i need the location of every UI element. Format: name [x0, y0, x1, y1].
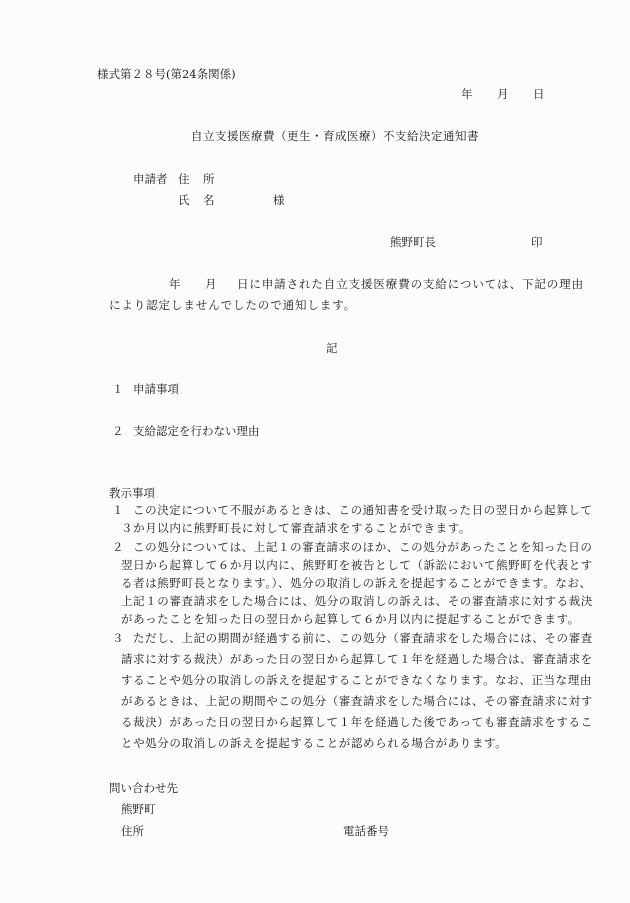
body-year-label: 年: [169, 277, 181, 291]
entry-line: る者は熊野町長となります。）、処分の取消しの訴えを提起することができます。なお、: [121, 576, 592, 590]
date-month-label: 月: [497, 87, 509, 101]
item-number: ２: [112, 424, 124, 438]
entry-line: この処分については、上記１の審査請求のほか、この処分があったことを知った日の: [133, 540, 592, 554]
contact-phone-label: 電話番号: [343, 824, 389, 838]
contact-heading: 問い合わせ先: [109, 781, 178, 795]
entry-line: 請求に対する裁決）があった日の翌日から起算して１年を経過した場合は、審査請求を: [121, 652, 593, 666]
contact-address-label: 住所: [121, 824, 144, 838]
date-day-label: 日: [533, 87, 545, 101]
body-line-2: により認定しませんでしたので通知します。: [109, 298, 356, 312]
entry-line: 翌日から起算して６か月以内に、熊野町を被告として（訴訟において熊野町を代表とす: [121, 558, 593, 572]
applicant-label: 申請者: [133, 172, 168, 186]
entry-number: １: [112, 503, 124, 517]
honorific: 様: [273, 193, 285, 207]
item-number: １: [112, 382, 124, 396]
address-label-1: 住: [178, 172, 190, 186]
entry-line: があったことを知った日の翌日から起算して６か月以内に提起することができます。: [121, 612, 580, 626]
entry-number: ２: [112, 540, 124, 554]
name-label-2: 名: [203, 193, 215, 207]
entry-number: ３: [112, 631, 124, 645]
entry-line: とや処分の取消しの訴えを提起することが認められる場合があります。: [121, 736, 507, 750]
body-month-label: 月: [205, 277, 217, 291]
entry-line: る裁決）があった日の翌日から起算して１年を経過した後であっても審査請求をするこ: [121, 715, 593, 729]
address-label-2: 所: [203, 172, 215, 186]
body-line-1: 日に申請された自立支援医療費の支給については、下記の理由: [237, 277, 584, 291]
form-number: 様式第２８号(第24条関係): [97, 67, 236, 81]
contact-organization: 熊野町: [121, 802, 156, 816]
entry-line: ３か月以内に熊野町長に対して審査請求をすることができます。: [121, 521, 471, 535]
name-label-1: 氏: [178, 193, 190, 207]
entry-line: することや処分の取消しの訴えを提起することができなくなります。なお、正当な理由: [121, 673, 592, 687]
seal-mark: 印: [531, 235, 543, 249]
item-label: 申請事項: [133, 382, 179, 396]
issuer-name: 熊野町長: [390, 235, 436, 249]
entry-line: があるときは、上記の期間やこの処分（審査請求をした場合には、その審査請求に対す: [121, 694, 593, 708]
entry-line: ただし、上記の期間が経過する前に、この処分（審査請求をした場合には、その審査: [133, 631, 593, 645]
document-title: 自立支援医療費（更生・育成医療）不支給決定通知書: [191, 129, 479, 143]
ki-heading: 記: [326, 341, 338, 355]
item-label: 支給認定を行わない理由: [133, 424, 260, 438]
entry-line: この決定について不服があるときは、この通知書を受け取った日の翌日から起算して: [133, 503, 593, 517]
instructions-heading: 教示事項: [109, 486, 155, 500]
entry-line: 上記１の審査請求をした場合には、処分の取消しの訴えは、その審査請求に対する裁決: [121, 594, 593, 608]
date-year-label: 年: [461, 87, 473, 101]
